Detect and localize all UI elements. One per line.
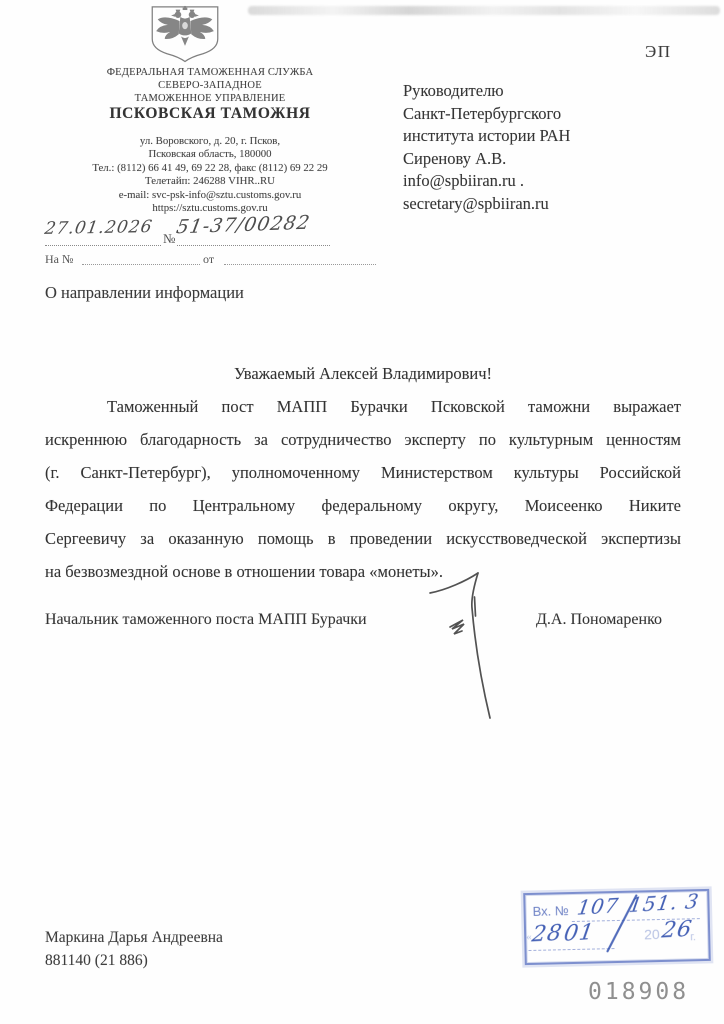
address-line: Псковская область, 180000	[40, 148, 380, 161]
recipient-line: института истории РАН	[403, 125, 673, 148]
outgoing-date-field: 27.01.2026	[45, 218, 161, 246]
reply-number-blank	[82, 250, 200, 265]
subject-line: О направлении информации	[45, 283, 244, 303]
handwritten-date: 27.01.2026	[43, 217, 154, 239]
recipient-line: Сиренову А.В.	[403, 148, 673, 171]
coat-of-arms-icon	[146, 4, 224, 66]
body-line: Федерации по Центральному федеральному о…	[45, 496, 681, 529]
recipient-line: Руководителю	[403, 80, 673, 103]
stamp-underline	[528, 948, 614, 951]
reply-date-blank	[224, 250, 376, 265]
letter-body: Уважаемый Алексей Владимирович! Таможенн…	[45, 364, 681, 595]
org-line: ТАМОЖЕННОЕ УПРАВЛЕНИЕ	[40, 92, 380, 105]
body-line: Сергеевичу за оказанную помощь в проведе…	[45, 529, 681, 562]
serial-number: 018908	[588, 979, 689, 1005]
recipient-line: Санкт-Петербургского	[403, 103, 673, 126]
stamp-incoming-label: Вх. №	[532, 903, 569, 919]
incoming-registration-stamp: Вх. № 107 151. 3 « 28 01 20 26 г.	[523, 889, 711, 965]
salutation: Уважаемый Алексей Владимирович!	[45, 364, 681, 397]
handwritten-number: 51-37/00282	[175, 212, 312, 239]
body-line: Таможенный пост МАПП Бурачки Псковской т…	[45, 397, 681, 430]
stamp-slash-stroke	[603, 893, 640, 954]
letterhead-contacts: ул. Воровского, д. 20, г. Псков, Псковск…	[40, 135, 380, 215]
reply-from-label: от	[203, 252, 214, 267]
scanner-noise-band	[248, 6, 720, 15]
teletype-line: Телетайп: 246288 VIHR..RU	[40, 175, 380, 188]
signer-name: Д.А. Пономаренко	[536, 611, 662, 629]
stamp-year: 26	[660, 917, 694, 944]
address-line: ул. Воровского, д. 20, г. Псков,	[40, 135, 380, 148]
number-sign-label: №	[163, 231, 175, 247]
phone-line: Тел.: (8112) 66 41 49, 69 22 28, факс (8…	[40, 162, 380, 175]
electronic-signature-mark: ЭП	[645, 42, 672, 62]
handwritten-signature-icon	[424, 570, 516, 725]
executor-block: Маркина Дарья Андреевна 881140 (21 886)	[45, 926, 223, 972]
org-line: ФЕДЕРАЛЬНАЯ ТАМОЖЕННАЯ СЛУЖБА	[40, 66, 380, 79]
org-line: СЕВЕРО-ЗАПАДНОЕ	[40, 79, 380, 92]
executor-phone: 881140 (21 886)	[45, 949, 223, 972]
recipient-email: info@spbiiran.ru .	[403, 170, 673, 193]
recipient-block: Руководителю Санкт-Петербургского инстит…	[403, 80, 673, 215]
email-line: e-mail: svc-psk-info@sztu.customs.gov.ru	[40, 189, 380, 202]
recipient-email: secretary@spbiiran.ru	[403, 193, 673, 216]
scanned-letter-page: ФЕДЕРАЛЬНАЯ ТАМОЖЕННАЯ СЛУЖБА СЕВЕРО-ЗАП…	[0, 0, 724, 1024]
reply-to-label: На №	[45, 252, 73, 267]
body-line: (г. Санкт-Петербург), уполномоченному Ми…	[45, 463, 681, 496]
stamp-year-prefix: 20	[644, 926, 660, 942]
executor-name: Маркина Дарья Андреевна	[45, 926, 223, 949]
stamp-month: 01	[562, 920, 596, 947]
stamp-year-suffix: г.	[690, 931, 696, 943]
outgoing-number-field: 51-37/00282	[177, 214, 330, 246]
org-hierarchy-block: ФЕДЕРАЛЬНАЯ ТАМОЖЕННАЯ СЛУЖБА СЕВЕРО-ЗАП…	[40, 66, 380, 105]
stamp-day: 28	[530, 921, 564, 948]
body-line: искреннюю благодарность за сотрудничеств…	[45, 430, 681, 463]
signer-position: Начальник таможенного поста МАПП Бурачки	[45, 611, 367, 629]
body-line: на безвозмездной основе в отношении това…	[45, 562, 681, 595]
office-name: ПСКОВСКАЯ ТАМОЖНЯ	[40, 105, 380, 123]
